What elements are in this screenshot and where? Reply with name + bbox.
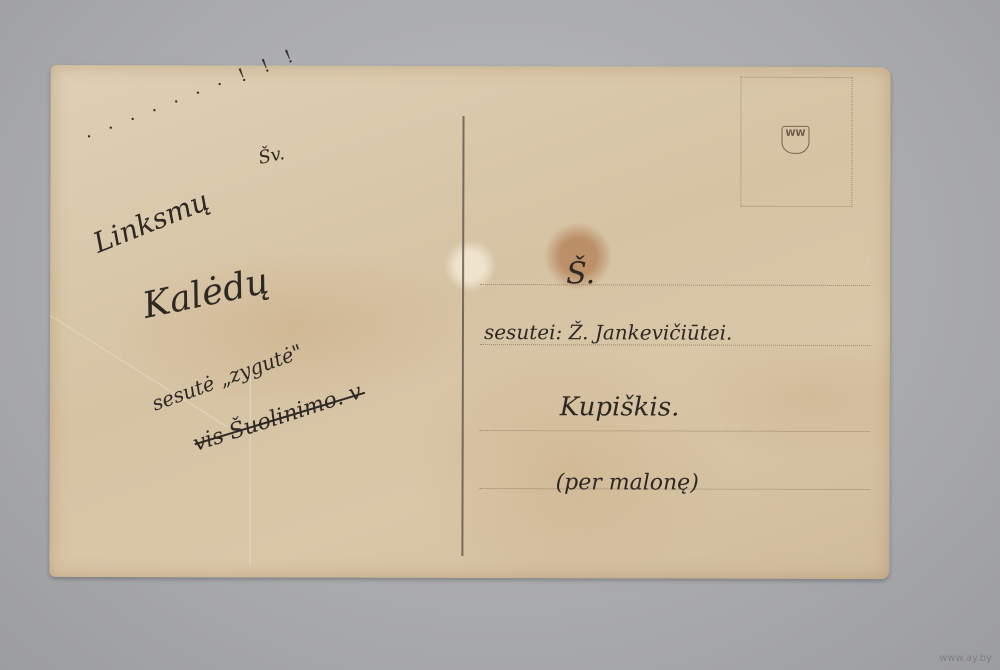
greeting-abbrev: Šv. — [257, 143, 287, 169]
crease — [50, 315, 228, 428]
crease — [249, 365, 251, 565]
address-line — [480, 284, 870, 286]
address-symbol: Š. — [566, 256, 595, 291]
address-recipient: sesutei: Ž. Jankevičiūtei. — [484, 320, 733, 345]
publisher-shield-icon: WW — [781, 126, 809, 154]
postcard: · · · · · · · ! ! ! Linksmų Šv. Kalėdų s… — [49, 65, 890, 579]
watermark: www.ay.by — [939, 653, 992, 664]
center-divider — [461, 116, 464, 556]
signature-underline — [194, 392, 365, 446]
address-line — [480, 430, 870, 432]
address-town: Kupiškis. — [560, 392, 680, 422]
dotted-doodle: · · · · · · · ! ! ! — [83, 44, 302, 148]
greeting-line-1: Linksmų — [88, 184, 213, 260]
address-note: (per malonę) — [556, 470, 699, 495]
greeting-line-2: Kalėdų — [139, 261, 272, 327]
stamp-box: WW — [740, 77, 852, 207]
